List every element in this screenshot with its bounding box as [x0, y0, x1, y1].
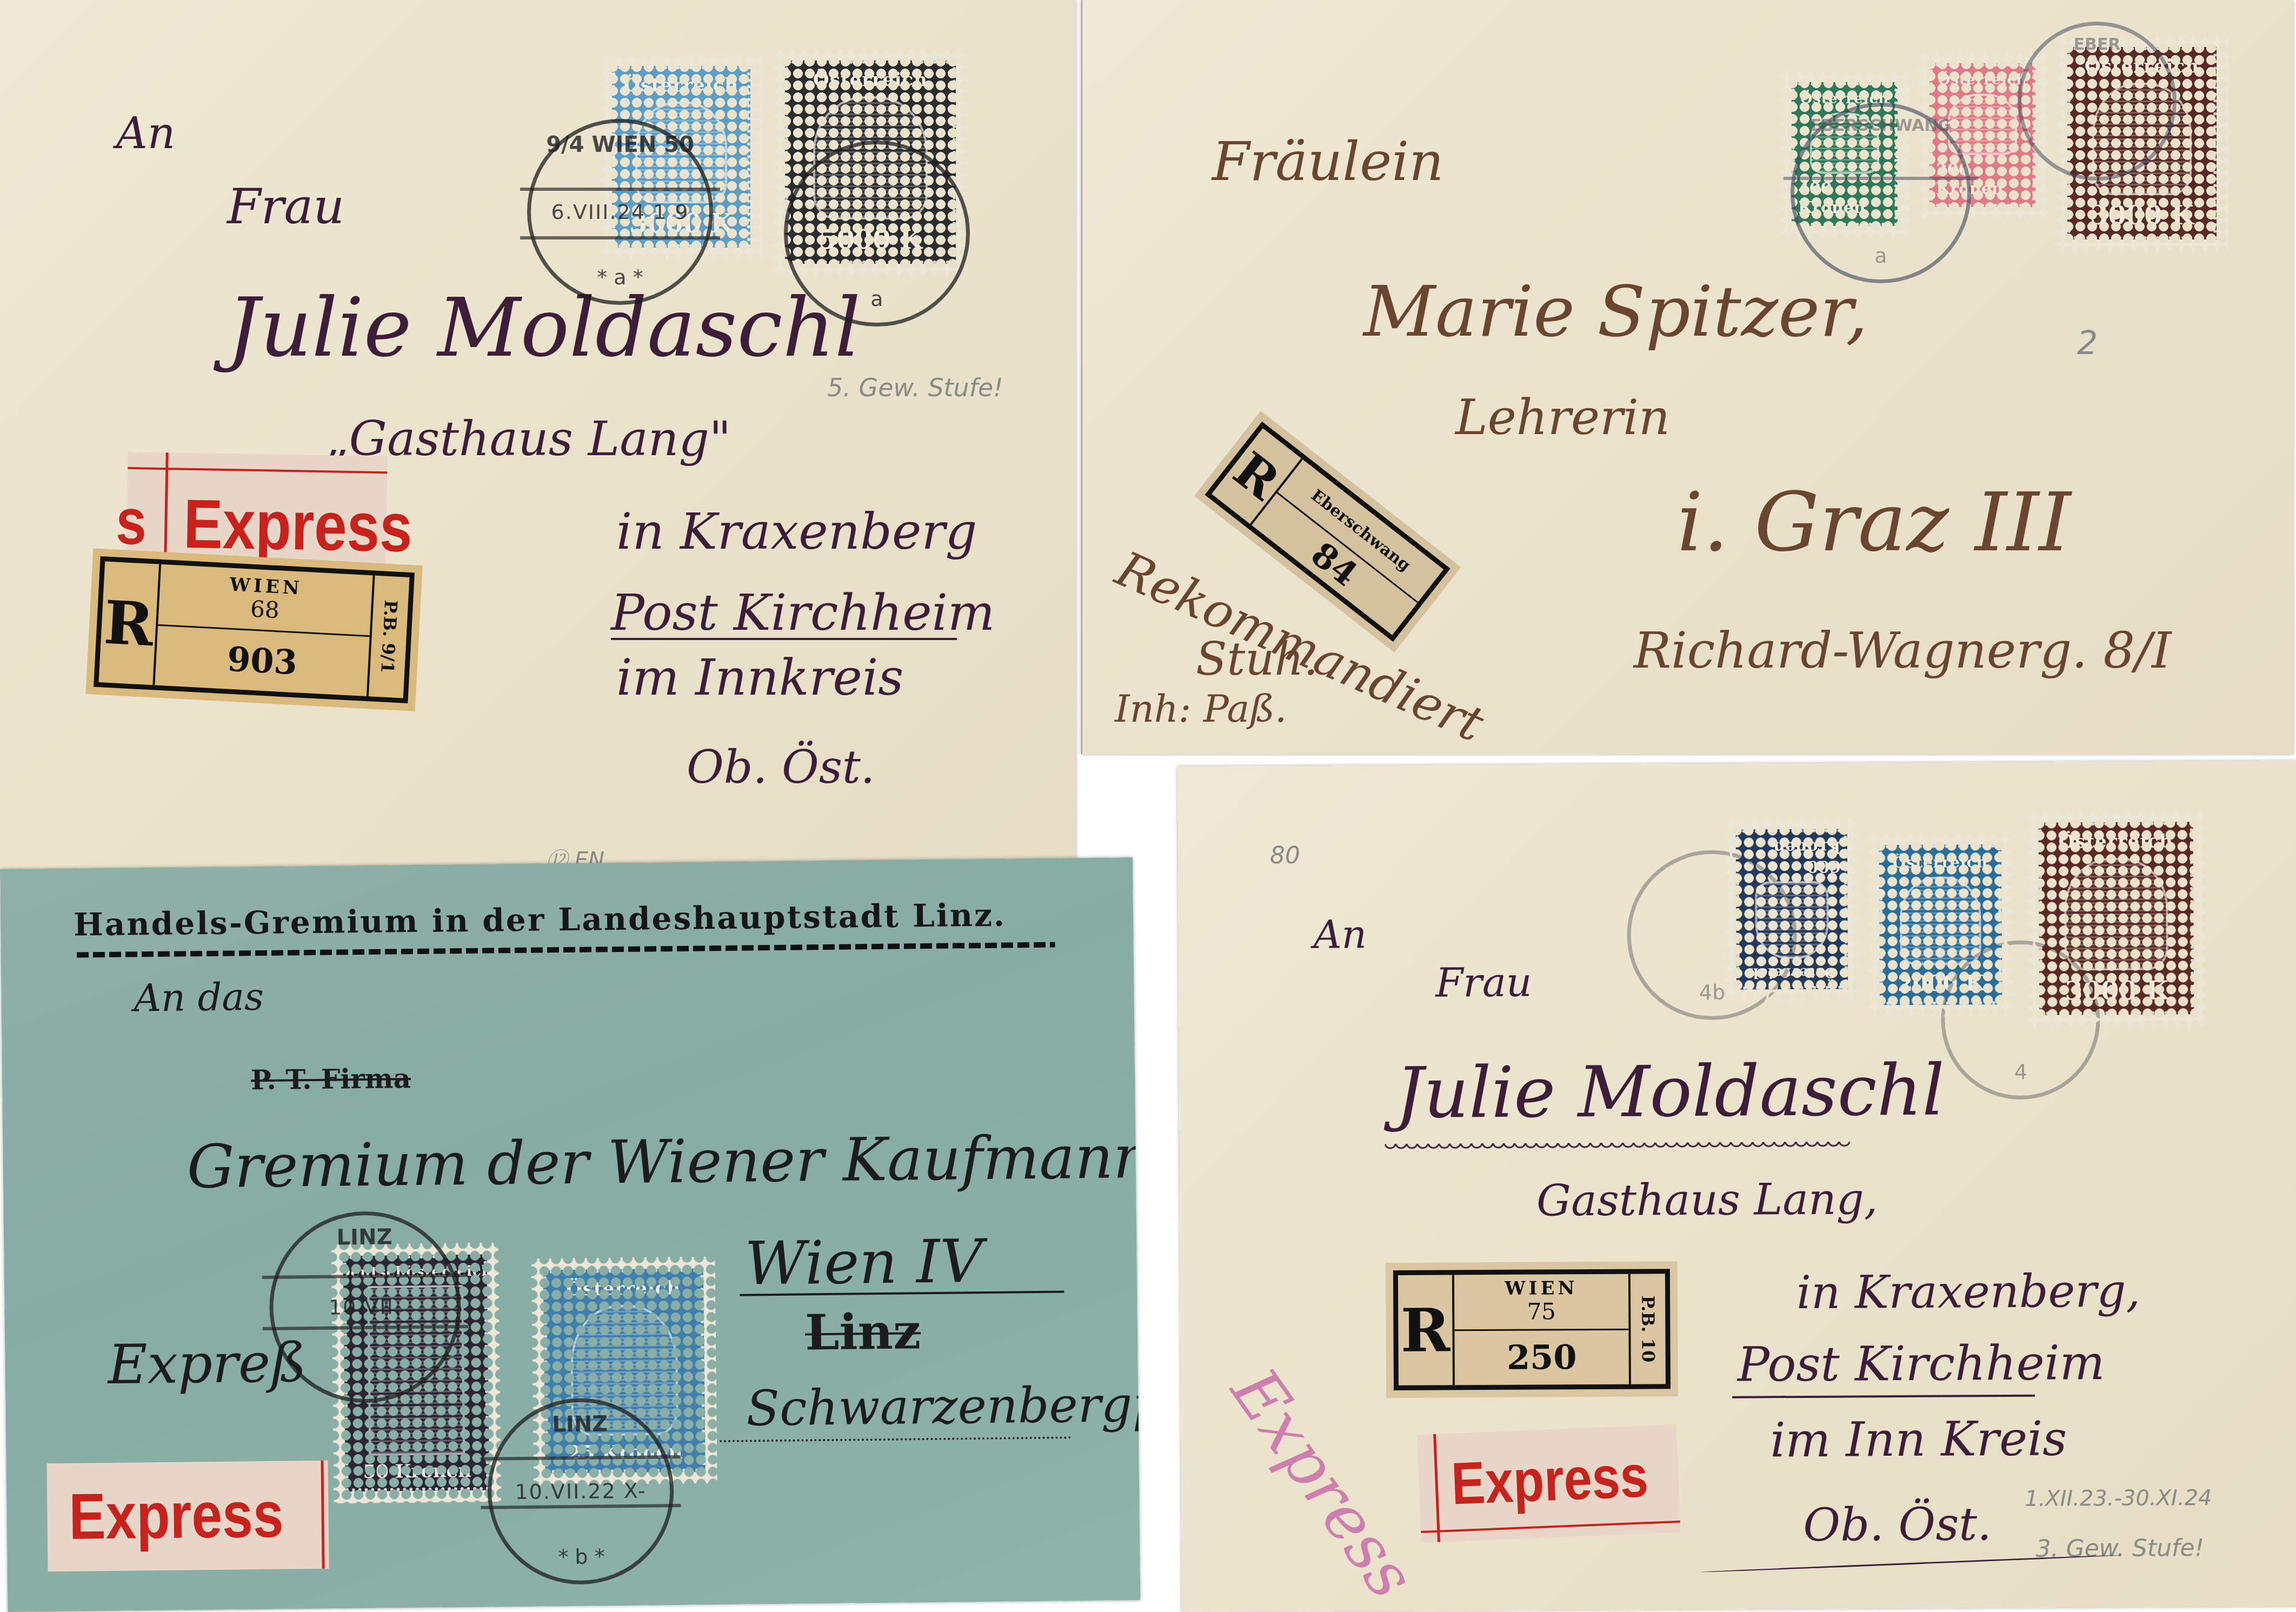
recipient-name: Gremium der Wiener Kaufmannschaft: [187, 1120, 1140, 1201]
pencil-note: 80: [1270, 842, 1300, 869]
address-line-1: Lehrerin: [1455, 389, 1670, 446]
stamp-portrait-icon: [2064, 857, 2168, 970]
address-line-3: Post Kirchheim: [611, 584, 995, 642]
express-label: Express: [47, 1461, 329, 1571]
envelope-top-right: Fräulein Marie Spitzer, Lehrerin i. Graz…: [1081, 0, 2293, 754]
stamp-hammer-icon: [1900, 876, 1981, 965]
recipient-name: Julie Moldaschl: [1395, 1049, 1945, 1134]
stamp-wheat-icon: [1755, 881, 1828, 960]
stamp: Österreich 600 Kronen: [1724, 817, 1860, 1001]
pencil-note: 5. Gew. Stufe!: [827, 373, 1003, 402]
express-text: Express: [1450, 1442, 1649, 1518]
stamp-country: Österreich: [624, 75, 738, 96]
address-line-5: Ob. Öst.: [687, 741, 875, 794]
envelope-top-left: An Frau Julie Moldaschl „Gasthaus Lang" …: [0, 0, 1076, 870]
address-line-4: im Innkreis: [616, 649, 904, 707]
stamp: Österreich 3000 K: [2026, 810, 2206, 1027]
address-line-1: Wien IV: [744, 1227, 983, 1298]
wavy-underline: [1385, 1141, 1850, 1151]
envelope-bottom-right: 80 An Frau Julie Moldaschl Gasthaus Lang…: [1177, 761, 2296, 1612]
registration-label: R WIEN68 903 P.B. 9/1: [85, 548, 422, 711]
express-label: Express: [1417, 1424, 1681, 1543]
salutation: An: [116, 108, 175, 158]
address-line-2: in Kraxenberg: [616, 503, 977, 561]
pencil-note: 1.XII.23.-30.XI.24: [2025, 1486, 2212, 1511]
pencil-note: 2: [2077, 324, 2098, 362]
letterhead-rule: [77, 942, 1055, 958]
postmark: EBER: [2018, 22, 2177, 181]
underline: [720, 1436, 1071, 1444]
sender-note: Stuh.: [1196, 632, 1318, 685]
letterhead: Handels-Gremium in der Landeshauptstadt …: [74, 897, 1007, 943]
address-line-3: Post Kirchheim: [1738, 1335, 2105, 1393]
address-line-2: Schwarzenbergplatz 1: [746, 1375, 1140, 1437]
flourish-line: [1701, 1554, 2122, 1573]
underline: [1732, 1395, 2035, 1398]
postmark: 9/4 WIEN 50 6.VIII.24 1 9 * a *: [527, 119, 713, 305]
express-label: s Express: [126, 452, 387, 564]
stamp-country: Österreich: [813, 69, 928, 91]
address-line-4: im Inn Kreis: [1770, 1410, 2067, 1468]
address-line-1: Gasthaus Lang,: [1536, 1174, 1878, 1225]
envelope-bottom-left: Handels-Gremium in der Landeshauptstadt …: [0, 857, 1140, 1612]
struck-city: Linz: [805, 1303, 921, 1361]
address-title: Fräulein: [1212, 130, 1444, 193]
salutation: An: [1313, 911, 1367, 957]
registration-label: R WIEN75 250 P.B. 10: [1386, 1261, 1678, 1398]
address-line-2: in Kraxenberg,: [1796, 1264, 2140, 1319]
postmark: LINZ 10.VII.22 X- * b *: [487, 1397, 675, 1586]
recipient-name: Marie Spitzer,: [1363, 270, 1868, 352]
stamp: Österreich 2000 K: [1867, 832, 2014, 1017]
address-title: Frau: [227, 178, 344, 235]
address-line-2: i. Graz III: [1677, 476, 2071, 570]
pencil-note: 3. Gew. Stufe!: [2035, 1534, 2204, 1563]
express-text: Express: [69, 1477, 284, 1554]
postmark: a: [784, 141, 970, 327]
struck-printed-text: P. T. Firma: [251, 1062, 411, 1096]
address-title: Frau: [1435, 960, 1532, 1007]
salutation: An das: [134, 975, 264, 1021]
sender-note: Inh: Paß.: [1115, 687, 1287, 731]
address-line-5: Ob. Öst.: [1803, 1497, 1992, 1551]
underline: [611, 638, 957, 640]
address-line-3: Richard-Wagnerg. 8/I: [1634, 622, 2171, 680]
postmark: EBERSCHWANG a: [1791, 103, 1971, 283]
recipient-name: Julie Moldaschl: [227, 281, 861, 375]
